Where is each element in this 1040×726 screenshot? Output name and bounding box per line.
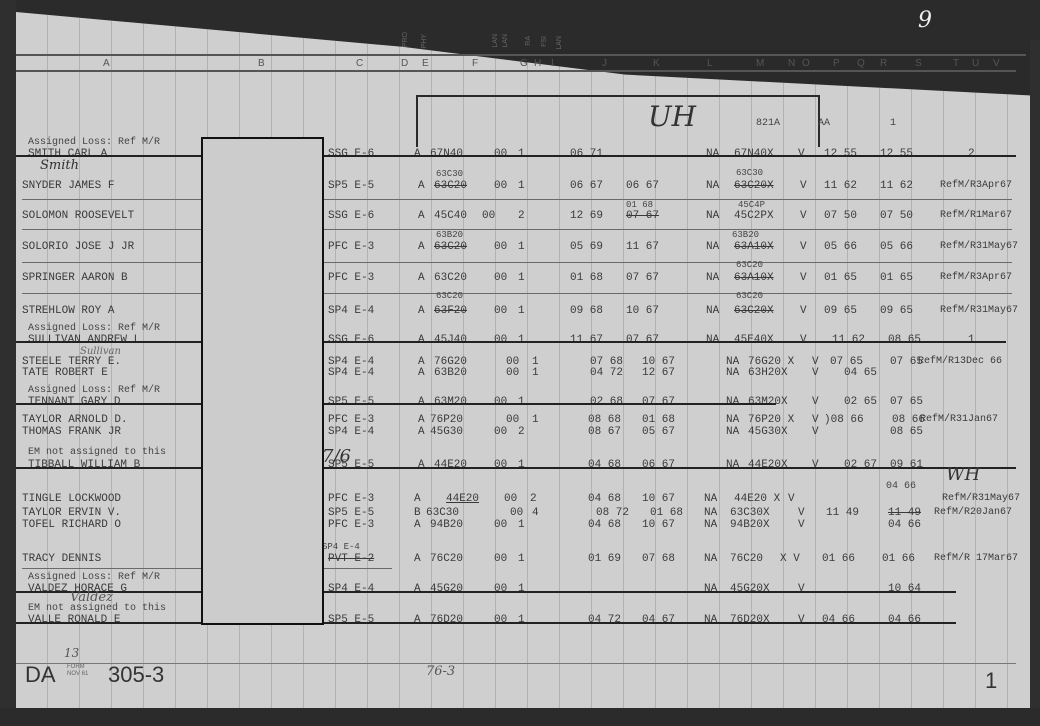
row-comp: A	[414, 519, 421, 531]
row-k: 07 67	[626, 334, 659, 346]
row-f2: 4	[532, 507, 539, 519]
row-p: 02 65	[844, 396, 877, 408]
form-edition-line2: NOV 61	[67, 671, 88, 678]
row-f1: 00	[494, 426, 507, 438]
row-grade: SP4 E-4	[328, 426, 374, 438]
row-k: 01 68	[650, 507, 683, 519]
table-row: SOLORIO JOSE J JR PFC E-3 A 63C20 00 1 0…	[22, 241, 1032, 257]
row-grade: PFC E-3	[328, 241, 374, 253]
row-name: TIBBALL WILLIAM B	[28, 459, 140, 471]
row-f2: 1	[518, 396, 525, 408]
row-r: 09 65	[880, 305, 913, 317]
row-l: NA	[726, 414, 739, 426]
row-n: V	[800, 334, 807, 346]
col-t: T	[953, 58, 959, 69]
row-r: 11 62	[880, 180, 913, 192]
row-n: V	[798, 614, 805, 626]
row-k: 05 67	[642, 426, 675, 438]
col-j: J	[602, 58, 607, 69]
row-grade: SP5 E-5	[328, 180, 374, 192]
row-j: 06 71	[570, 148, 603, 160]
row-k: 01 68	[642, 414, 675, 426]
row-j: 09 68	[570, 305, 603, 317]
row-grade-struck: PVT E-2	[328, 553, 374, 565]
row-name: VALLE RONALD E	[28, 614, 120, 626]
row-grade: SP4 E-4	[328, 305, 374, 317]
row-mos: 45G20	[430, 583, 463, 595]
row-n: V	[812, 396, 819, 408]
row-r: 04 66	[888, 614, 921, 626]
row-mos: 63M20	[434, 396, 467, 408]
row-mos: 44E20	[434, 459, 467, 471]
row-s: 1	[968, 334, 975, 346]
row-n: V	[800, 210, 807, 222]
row-r: 08 65	[890, 426, 923, 438]
redaction-block	[201, 137, 324, 625]
row-f2: 1	[518, 583, 525, 595]
row-s: RefM/R31May67	[940, 241, 1018, 252]
row-mos: 45G30	[430, 426, 463, 438]
row-comp: A	[418, 180, 425, 192]
row-n: X V	[780, 553, 800, 565]
row-grade: SP4 E-4	[328, 583, 374, 595]
row-j: 04 72	[590, 367, 623, 379]
mos-correction: 63B20	[436, 230, 463, 240]
row-name: TAYLOR ARNOLD D.	[22, 414, 128, 426]
row-j: 01 69	[588, 553, 621, 565]
row-s: RefM/R31May67	[942, 493, 1020, 504]
row-grade: SP5 E-5	[328, 507, 374, 519]
row-p: )08 66	[824, 414, 864, 426]
row-mos: 45J40	[434, 334, 467, 346]
row-p: 02 67	[844, 459, 877, 471]
form-edition-line1: FORM	[67, 664, 88, 671]
handwritten-name: Smith	[40, 158, 79, 173]
row-p: 04 66	[822, 614, 855, 626]
row-grade: PFC E-3	[328, 519, 374, 531]
row-mos: 44E20	[446, 493, 479, 505]
scan-border-bottom	[0, 708, 1040, 726]
m-correction: 63C20	[736, 260, 763, 270]
row-grade: PFC E-3	[328, 414, 374, 426]
row-l: NA	[706, 241, 719, 253]
strike-line	[16, 467, 1016, 469]
row-m: 45G20X	[730, 583, 770, 595]
row-mos: 63F20	[434, 305, 467, 317]
row-grade: SSG E-6	[328, 148, 374, 160]
row-comp: B	[414, 507, 421, 519]
row-p: 11 62	[832, 334, 865, 346]
table-row: SPRINGER AARON B PFC E-3 A 63C20 00 1 01…	[22, 272, 1032, 288]
row-l: NA	[726, 367, 739, 379]
row-f1: 00	[494, 553, 507, 565]
row-f2: 1	[518, 334, 525, 346]
row-f1: 00	[504, 493, 517, 505]
row-f2: 1	[532, 367, 539, 379]
row-n: V	[798, 583, 805, 595]
col-g: G	[520, 58, 528, 69]
header-lan3: LAN	[556, 36, 563, 50]
header-code: 821A	[756, 118, 780, 129]
row-grade-new: SP4 E-4	[322, 542, 360, 552]
row-j: 04 68	[588, 493, 621, 505]
row-comp: A	[418, 396, 425, 408]
row-grade: SSG E-6	[328, 210, 374, 222]
row-l: NA	[704, 553, 717, 565]
col-u: U	[972, 58, 979, 69]
strike-line	[16, 622, 956, 624]
header-pro: PRO	[402, 32, 409, 47]
row-n: V	[812, 426, 819, 438]
row-comp: A	[418, 334, 425, 346]
row-k: 06 67	[642, 459, 675, 471]
row-p: 01 66	[822, 553, 855, 565]
row-rule	[22, 229, 1012, 230]
header-ra: RA	[525, 36, 532, 46]
row-r: 09 61	[890, 459, 923, 471]
row-s: RefM/R20Jan67	[934, 507, 1012, 518]
row-s: RefM/R31Jan67	[920, 414, 998, 425]
row-j: 11 67	[570, 334, 603, 346]
row-comp: A	[418, 241, 425, 253]
col-h: H	[534, 58, 541, 69]
header-lan2: LAN	[502, 34, 509, 48]
row-n: V	[800, 241, 807, 253]
table-row: SOLOMON ROOSEVELT SSG E-6 A 45C40 00 2 1…	[22, 210, 1032, 226]
row-comp: A	[414, 493, 421, 505]
row-m: 76P20 X	[748, 414, 794, 426]
table-row: SNYDER JAMES F SP5 E-5 A 63C20 00 1 06 6…	[22, 180, 1032, 196]
col-m: M	[756, 58, 764, 69]
col-s: S	[915, 58, 922, 69]
row-f2: 1	[518, 180, 525, 192]
row-k: 10 67	[626, 305, 659, 317]
row-mos: 63B20	[434, 367, 467, 379]
row-name: TOFEL RICHARD O	[22, 519, 121, 531]
row-comp: A	[418, 367, 425, 379]
row-j: 04 68	[588, 519, 621, 531]
row-comp: A	[418, 272, 425, 284]
row-j: 05 69	[570, 241, 603, 253]
header-fsi: FSI	[541, 36, 548, 47]
row-grade: PFC E-3	[328, 272, 374, 284]
row-m: 63C30X	[730, 507, 770, 519]
row-f2: 1	[518, 272, 525, 284]
row-comp: A	[418, 414, 425, 426]
row-l: NA	[706, 180, 719, 192]
row-n: V	[788, 493, 795, 505]
row-m: 94B20X	[730, 519, 770, 531]
row-s: RefM/R1Mar67	[940, 210, 1012, 221]
row-m: 76C20	[730, 553, 763, 565]
row-note: EM not assigned to this	[28, 603, 166, 614]
row-f1: 00	[494, 459, 507, 471]
row-s: RefM/R13Dec 66	[918, 356, 1002, 367]
col-q: Q	[857, 58, 865, 69]
row-comp: A	[418, 210, 425, 222]
row-p: 11 49	[826, 507, 859, 519]
row-p: 05 66	[824, 241, 857, 253]
k-correction: 01 68	[626, 200, 653, 210]
header-rule-bottom	[16, 70, 1016, 72]
row-mos: 94B20	[430, 519, 463, 531]
col-b: B	[258, 58, 265, 69]
row-m: 45G30X	[748, 426, 788, 438]
row-name: SPRINGER AARON B	[22, 272, 128, 284]
row-n: V	[800, 305, 807, 317]
row-j: 08 68	[588, 414, 621, 426]
strike-line	[16, 155, 1016, 157]
row-f2: 2	[518, 210, 525, 222]
m-correction: 63B20	[732, 230, 759, 240]
row-f2: 1	[518, 614, 525, 626]
row-f1: 00	[506, 367, 519, 379]
row-name: THOMAS FRANK JR	[22, 426, 121, 438]
row-l: NA	[706, 272, 719, 284]
row-r: 04 66	[888, 519, 921, 531]
row-k: 12 67	[642, 367, 675, 379]
row-rule	[22, 293, 1012, 294]
row-r: 10 64	[888, 583, 921, 595]
row-m: 63M20X	[748, 396, 788, 408]
row-f1: 00	[494, 180, 507, 192]
row-l: NA	[726, 396, 739, 408]
row-f2: 1	[532, 414, 539, 426]
row-l: NA	[726, 426, 739, 438]
row-m: 63H20X	[748, 367, 788, 379]
row-l: NA	[704, 507, 717, 519]
page-number: 1	[985, 668, 997, 694]
row-grade: PFC E-3	[328, 493, 374, 505]
row-name: STREHLOW ROY A	[22, 305, 114, 317]
col-a: A	[103, 58, 110, 69]
row-p: 04 65	[844, 367, 877, 379]
header-rule-top	[16, 54, 1026, 56]
row-n: V	[812, 367, 819, 379]
row-m: 44E20 X	[734, 493, 780, 505]
header-phy: PHY	[421, 34, 428, 48]
handwritten-page-mark: 9	[918, 8, 932, 33]
row-name: SOLOMON ROOSEVELT	[22, 210, 134, 222]
row-rule	[22, 199, 1012, 200]
row-grade: SP4 E-4	[328, 367, 374, 379]
row-f1: 00	[494, 305, 507, 317]
row-l: NA	[706, 305, 719, 317]
strike-line	[16, 403, 776, 405]
row-k: 07 67	[626, 210, 659, 222]
row-f1: 00	[494, 396, 507, 408]
row-r: 07 50	[880, 210, 913, 222]
row-note: Assigned Loss: Ref M/R	[28, 323, 160, 334]
row-k: 07 67	[626, 272, 659, 284]
row-mos: 63C20	[434, 180, 467, 192]
row-name: TATE ROBERT E	[22, 367, 108, 379]
mos-correction: 63C20	[436, 291, 463, 301]
row-j: 08 72	[596, 507, 629, 519]
col-e: E	[422, 58, 429, 69]
row-grade: SSG E-6	[328, 334, 374, 346]
table-row: TATE ROBERT E SP4 E-4 A 63B20 00 1 04 72…	[22, 367, 1032, 383]
row-j: 08 67	[588, 426, 621, 438]
row-k: 11 67	[626, 241, 659, 253]
row-comp: A	[418, 426, 425, 438]
row-mos: 45C40	[434, 210, 467, 222]
row-mos: 76P20	[430, 414, 463, 426]
row-comp: A	[414, 148, 421, 160]
row-n: V	[812, 414, 819, 426]
row-k: 04 67	[642, 614, 675, 626]
row-comp: A	[414, 614, 421, 626]
table-row: THOMAS FRANK JR SP4 E-4 A 45G30 00 2 08 …	[22, 426, 1032, 442]
row-s: RefM/R31May67	[940, 305, 1018, 316]
row-s: 2	[968, 148, 975, 160]
row-mos: 67N40	[430, 148, 463, 160]
row-mos: 63C20	[434, 272, 467, 284]
row-n: V	[800, 272, 807, 284]
row-name: TINGLE LOCKWOOD	[22, 493, 121, 505]
m-correction: 63C30	[736, 168, 763, 178]
table-row: TRACY DENNIS PVT E-2 A 76C20 00 1 01 69 …	[22, 553, 1032, 569]
row-k: 10 67	[642, 493, 675, 505]
row-m: 67N40X	[734, 148, 774, 160]
m-correction: 45C4P	[738, 200, 765, 210]
row-j: 04 72	[588, 614, 621, 626]
row-f1: 00	[494, 241, 507, 253]
row-note: Assigned Loss: Ref M/R	[28, 385, 160, 396]
row-f1: 00	[506, 414, 519, 426]
row-name: TENNANT GARY D	[28, 396, 120, 408]
row-s: RefM/R3Apr67	[940, 180, 1012, 191]
row-p: 01 65	[824, 272, 857, 284]
row-m: 63A10X	[734, 241, 774, 253]
row-l: NA	[726, 459, 739, 471]
row-k: 10 67	[642, 519, 675, 531]
row-r: 05 66	[880, 241, 913, 253]
row-r: 08 65	[888, 334, 921, 346]
row-f2: 1	[518, 305, 525, 317]
col-r: R	[880, 58, 887, 69]
row-r: 11 49	[888, 507, 921, 519]
handwritten-initials: WH	[946, 464, 980, 485]
handwritten-bottom-mark: 76-3	[426, 664, 455, 679]
row-note: Assigned Loss: Ref M/R	[28, 137, 160, 148]
row-p: 12 55	[824, 148, 857, 160]
row-n: V	[798, 519, 805, 531]
row-f2: 1	[518, 459, 525, 471]
form-number: 305-3	[108, 662, 164, 688]
row-j: 04 68	[588, 459, 621, 471]
row-l: NA	[706, 334, 719, 346]
row-f2: 1	[518, 553, 525, 565]
handwritten-uh-mark: UH	[648, 100, 696, 133]
row-f2: 1	[518, 241, 525, 253]
row-j: 06 67	[570, 180, 603, 192]
mos-correction: 63C30	[436, 169, 463, 179]
row-l: NA	[704, 493, 717, 505]
row-name: TRACY DENNIS	[22, 553, 101, 565]
row-f1: 00	[494, 614, 507, 626]
header-code2: AA	[818, 118, 830, 129]
row-rule	[22, 262, 1012, 263]
row-name: TAYLOR ERVIN V.	[22, 507, 121, 519]
row-r: 01 65	[880, 272, 913, 284]
row-mos: 63C20	[434, 241, 467, 253]
row-n: V	[812, 459, 819, 471]
row-l: NA	[704, 583, 717, 595]
row-m: 45C2PX	[734, 210, 774, 222]
handwritten-form-mark: 13	[64, 646, 79, 660]
form-id: DA	[25, 662, 56, 688]
scan-border-left	[0, 0, 16, 726]
col-o: O	[802, 58, 810, 69]
col-l: L	[707, 58, 713, 69]
strike-line	[16, 591, 956, 593]
row-n: V	[798, 148, 805, 160]
header-lan1: LAN	[492, 34, 499, 48]
row-r: 12 55	[880, 148, 913, 160]
row-grade: SP5 E-5	[328, 614, 374, 626]
row-s: RefM/R3Apr67	[940, 272, 1012, 283]
row-f1: 00	[494, 334, 507, 346]
table-row: TOFEL RICHARD O PFC E-3 A 94B20 00 1 04 …	[22, 519, 1032, 535]
row-s: RefM/R 17Mar67	[934, 553, 1018, 564]
row-n: V	[800, 180, 807, 192]
row-f2: 2	[518, 426, 525, 438]
row-r: 07 65	[890, 396, 923, 408]
row-r: 01 66	[882, 553, 915, 565]
row-j: 02 68	[590, 396, 623, 408]
row-k: 07 67	[642, 396, 675, 408]
strike-line	[16, 341, 1006, 343]
row-m: 44E20X	[748, 459, 788, 471]
row-m: 63C20X	[734, 180, 774, 192]
row-m: 63C20X	[734, 305, 774, 317]
row-mos: 76C20	[430, 553, 463, 565]
m-correction: 63C20	[736, 291, 763, 301]
row-f1: 00	[494, 272, 507, 284]
col-c: C	[356, 58, 363, 69]
row-f2: 1	[518, 148, 525, 160]
row-name: SOLORIO JOSE J JR	[22, 241, 134, 253]
row-mos: 76D20	[430, 614, 463, 626]
row-p: 09 65	[824, 305, 857, 317]
row-n: V	[798, 507, 805, 519]
row-l: NA	[704, 519, 717, 531]
row-f1: 00	[482, 210, 495, 222]
row-m: 45E40X	[734, 334, 774, 346]
col-f: F	[472, 58, 478, 69]
table-row: STREHLOW ROY A SP4 E-4 A 63F20 00 1 09 6…	[22, 305, 1032, 321]
r-correction: 04 66	[886, 481, 916, 492]
row-name: SNYDER JAMES F	[22, 180, 114, 192]
col-k: K	[653, 58, 660, 69]
row-comp: A	[418, 459, 425, 471]
row-f1: 00	[494, 519, 507, 531]
footer-rule	[16, 663, 1016, 664]
row-k: 07 68	[642, 553, 675, 565]
col-n: N	[788, 58, 795, 69]
row-k: 06 67	[626, 180, 659, 192]
row-mos: 63C30	[426, 507, 459, 519]
row-l: NA	[704, 614, 717, 626]
row-l: NA	[706, 148, 719, 160]
row-l: NA	[706, 210, 719, 222]
row-note: Assigned Loss: Ref M/R	[28, 572, 160, 583]
col-v: V	[993, 58, 1000, 69]
col-p: P	[833, 58, 840, 69]
row-f1: 00	[494, 583, 507, 595]
row-f2: 2	[530, 493, 537, 505]
